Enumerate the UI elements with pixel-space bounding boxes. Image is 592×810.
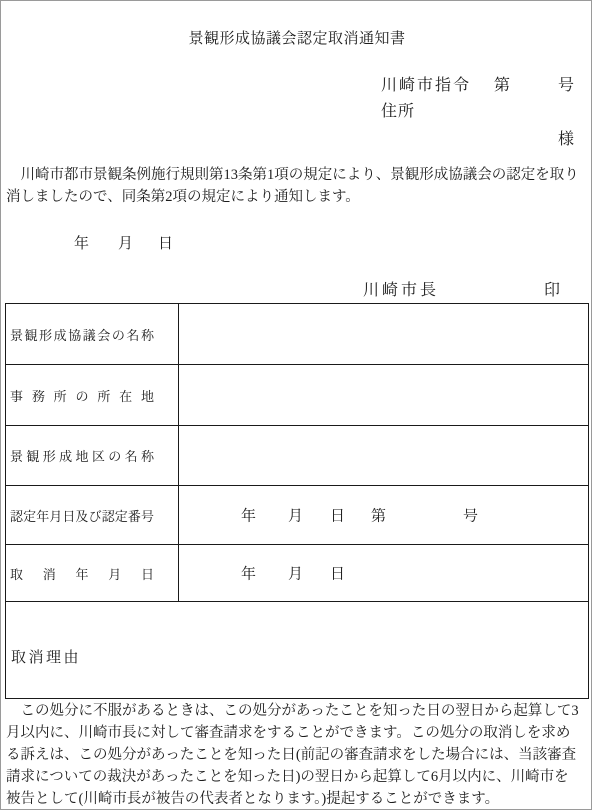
row-value-cell (179, 304, 589, 365)
month-label: 月 (288, 563, 303, 584)
year-label: 年 (241, 505, 256, 526)
row-value-cell (179, 365, 589, 426)
row-value-cell: 年 月 日 (179, 545, 589, 602)
issuer-name: 川崎市長 (363, 277, 439, 300)
row-value-cell: 年 月 日 第 号 (179, 486, 589, 545)
table-row-council-name: 景観形成協議会の名称 (6, 304, 589, 365)
table-row-certification-date-number: 認定年月日及び認定番号 年 月 日 第 号 (6, 486, 589, 545)
appeal-notice: この処分に不服があるときは、この処分があったことを知った日の翌日から起算して3 … (6, 700, 588, 810)
row-label: 景観形成協議会の名称 (6, 325, 178, 344)
cancellation-reason-label: 取消理由 (6, 634, 81, 667)
seal-mark: 印 (544, 277, 560, 300)
certification-table: 景観形成協議会の名称 事務所の所在地 景観形成地区の名称 認定年月日及び認定番号… (5, 303, 589, 699)
row-label-cell: 取消年月日 (6, 545, 179, 602)
addressee-suffix: 様 (558, 126, 574, 149)
appeal-line: 月以内に、川崎市長に対して審査請求をすることができます。この処分の取消しを求め (6, 722, 588, 744)
row-label-cell: 景観形成協議会の名称 (6, 304, 179, 365)
row-label: 認定年月日及び認定番号 (6, 506, 178, 525)
row-label: 事務所の所在地 (6, 386, 178, 405)
table-row-district-name: 景観形成地区の名称 (6, 426, 589, 486)
appeal-line: る訴えは、この処分があったことを知った日(前記の審査請求をした場合には、当該審査 (6, 744, 588, 766)
notice-document-page: 景観形成協議会認定取消通知書 川崎市指令 第 号 住所 様 川崎市都市景観条例施… (0, 0, 592, 810)
row-label-cell: 事務所の所在地 (6, 365, 179, 426)
row-label: 景観形成地区の名称 (6, 446, 178, 465)
row-value-cell (179, 426, 589, 486)
table-row-cancellation-reason: 取消理由 (6, 602, 589, 699)
number-suffix-label: 号 (463, 505, 478, 526)
body-line: 川崎市都市景観条例施行規則第13条第1項の規定により、景観形成協議会の認定を取り (6, 164, 588, 186)
appeal-line: この処分に不服があるときは、この処分があったことを知った日の翌日から起算して3 (6, 700, 588, 722)
body-line: 消しましたので、同条第2項の規定により通知します。 (6, 186, 588, 208)
issue-year-label: 年 (74, 232, 89, 253)
notification-body: 川崎市都市景観条例施行規則第13条第1項の規定により、景観形成協議会の認定を取り… (6, 164, 588, 208)
appeal-line: 請求についての裁決があったことを知った日)の翌日から起算して6月以内に、川崎市を (6, 766, 588, 788)
directive-number-label: 第 (494, 72, 510, 95)
month-label: 月 (288, 505, 303, 526)
row-label-cell: 認定年月日及び認定番号 (6, 486, 179, 545)
table-row-office-location: 事務所の所在地 (6, 365, 589, 426)
cancellation-reason-cell: 取消理由 (6, 602, 589, 699)
row-label: 取消年月日 (6, 564, 178, 583)
day-label: 日 (330, 563, 345, 584)
table-row-cancellation-date: 取消年月日 年 月 日 (6, 545, 589, 602)
row-label-cell: 景観形成地区の名称 (6, 426, 179, 486)
address-label: 住所 (381, 98, 415, 121)
directive-number-suffix: 号 (558, 72, 574, 95)
appeal-line: 被告として(川崎市長が被告の代表者となります。)提起することができます。 (6, 788, 588, 810)
document-title: 景観形成協議会認定取消通知書 (1, 27, 592, 48)
directive-prefix: 川崎市指令 (381, 72, 471, 95)
day-label: 日 (330, 505, 345, 526)
number-prefix-label: 第 (371, 505, 386, 526)
issue-month-label: 月 (118, 232, 133, 253)
issue-day-label: 日 (158, 232, 173, 253)
year-label: 年 (241, 563, 256, 584)
